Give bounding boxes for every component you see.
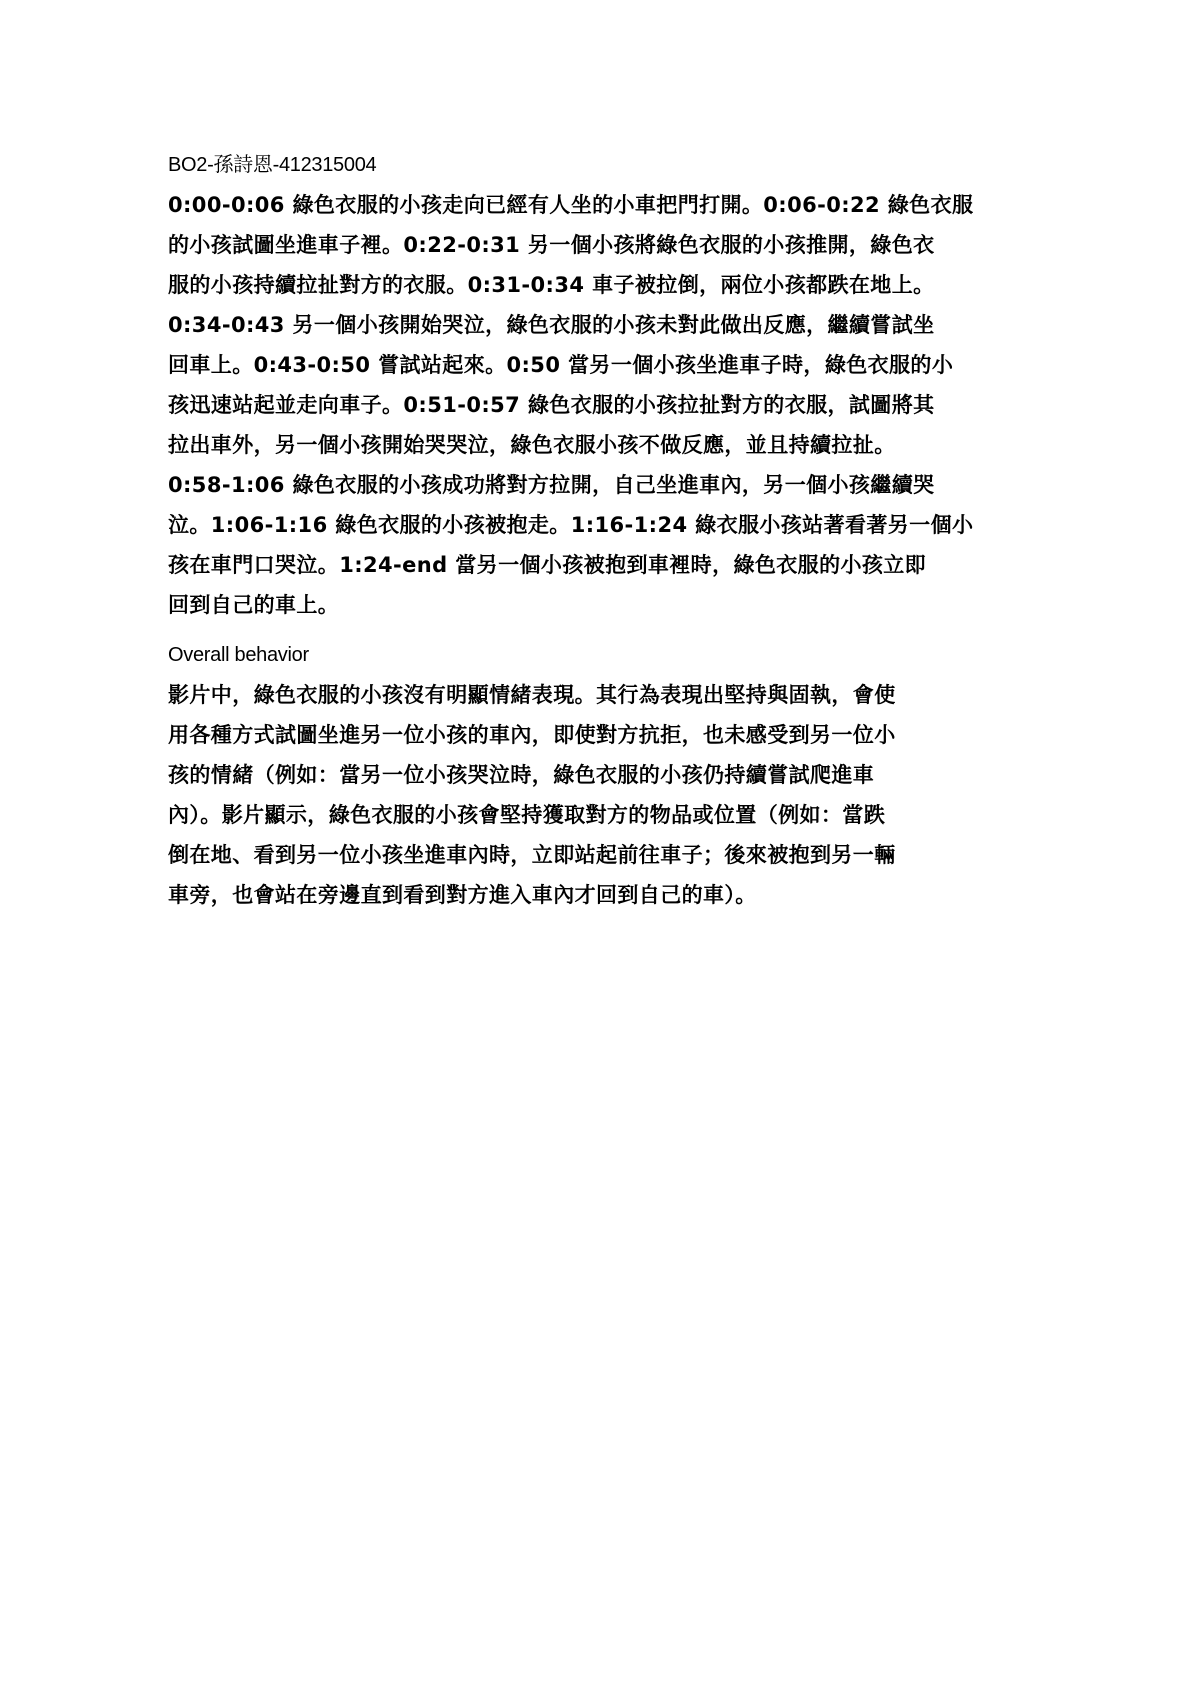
timeline-line: 0:34-0:43 另一個小孩開始哭泣，綠色衣服的小孩未對此做出反應，繼續嘗試坐 bbox=[168, 311, 948, 351]
overall-line: 用各種方式試圖坐進另一位小孩的車內，即使對方抗拒，也未感受到另一位小 bbox=[168, 721, 948, 761]
overall-behavior-paragraph: 影片中，綠色衣服的小孩沒有明顯情緒表現。其行為表現出堅持與固執，會使 用各種方式… bbox=[168, 681, 948, 921]
timeline-line: 拉出車外，另一個小孩開始哭哭泣，綠色衣服小孩不做反應，並且持續拉扯。 bbox=[168, 431, 948, 471]
timeline-paragraph: 0:00-0:06 綠色衣服的小孩走向已經有人坐的小車把門打開。0:06-0:2… bbox=[168, 191, 948, 631]
timeline-line: 孩在車門口哭泣。1:24-end 當另一個小孩被抱到車裡時，綠色衣服的小孩立即 bbox=[168, 551, 948, 591]
timeline-line: 服的小孩持續拉扯對方的衣服。0:31-0:34 車子被拉倒，兩位小孩都跌在地上。 bbox=[168, 271, 948, 311]
timeline-line: 0:00-0:06 綠色衣服的小孩走向已經有人坐的小車把門打開。0:06-0:2… bbox=[168, 191, 948, 231]
overall-line: 影片中，綠色衣服的小孩沒有明顯情緒表現。其行為表現出堅持與固執，會使 bbox=[168, 681, 948, 721]
document-content: BO2-孫詩恩-412315004 0:00-0:06 綠色衣服的小孩走向已經有… bbox=[168, 151, 948, 921]
timeline-line: 0:58-1:06 綠色衣服的小孩成功將對方拉開，自己坐進車內，另一個小孩繼續哭 bbox=[168, 471, 948, 511]
document-title: BO2-孫詩恩-412315004 bbox=[168, 151, 948, 191]
overall-line: 倒在地、看到另一位小孩坐進車內時，立即站起前往車子；後來被抱到另一輛 bbox=[168, 841, 948, 881]
overall-line: 孩的情緒（例如：當另一位小孩哭泣時，綠色衣服的小孩仍持續嘗試爬進車 bbox=[168, 761, 948, 801]
timeline-line: 回到自己的車上。 bbox=[168, 591, 948, 631]
section-heading-overall-behavior: Overall behavior bbox=[168, 641, 948, 681]
document-page: BO2-孫詩恩-412315004 0:00-0:06 綠色衣服的小孩走向已經有… bbox=[0, 0, 1200, 1696]
timeline-line: 回車上。0:43-0:50 嘗試站起來。0:50 當另一個小孩坐進車子時，綠色衣… bbox=[168, 351, 948, 391]
paragraph-spacer bbox=[168, 631, 948, 641]
overall-line: 內）。影片顯示，綠色衣服的小孩會堅持獲取對方的物品或位置（例如：當跌 bbox=[168, 801, 948, 841]
timeline-line: 泣。1:06-1:16 綠色衣服的小孩被抱走。1:16-1:24 綠衣服小孩站著… bbox=[168, 511, 948, 551]
timeline-line: 孩迅速站起並走向車子。0:51-0:57 綠色衣服的小孩拉扯對方的衣服，試圖將其 bbox=[168, 391, 948, 431]
timeline-line: 的小孩試圖坐進車子裡。0:22-0:31 另一個小孩將綠色衣服的小孩推開，綠色衣 bbox=[168, 231, 948, 271]
overall-line: 車旁，也會站在旁邊直到看到對方進入車內才回到自己的車）。 bbox=[168, 881, 948, 921]
